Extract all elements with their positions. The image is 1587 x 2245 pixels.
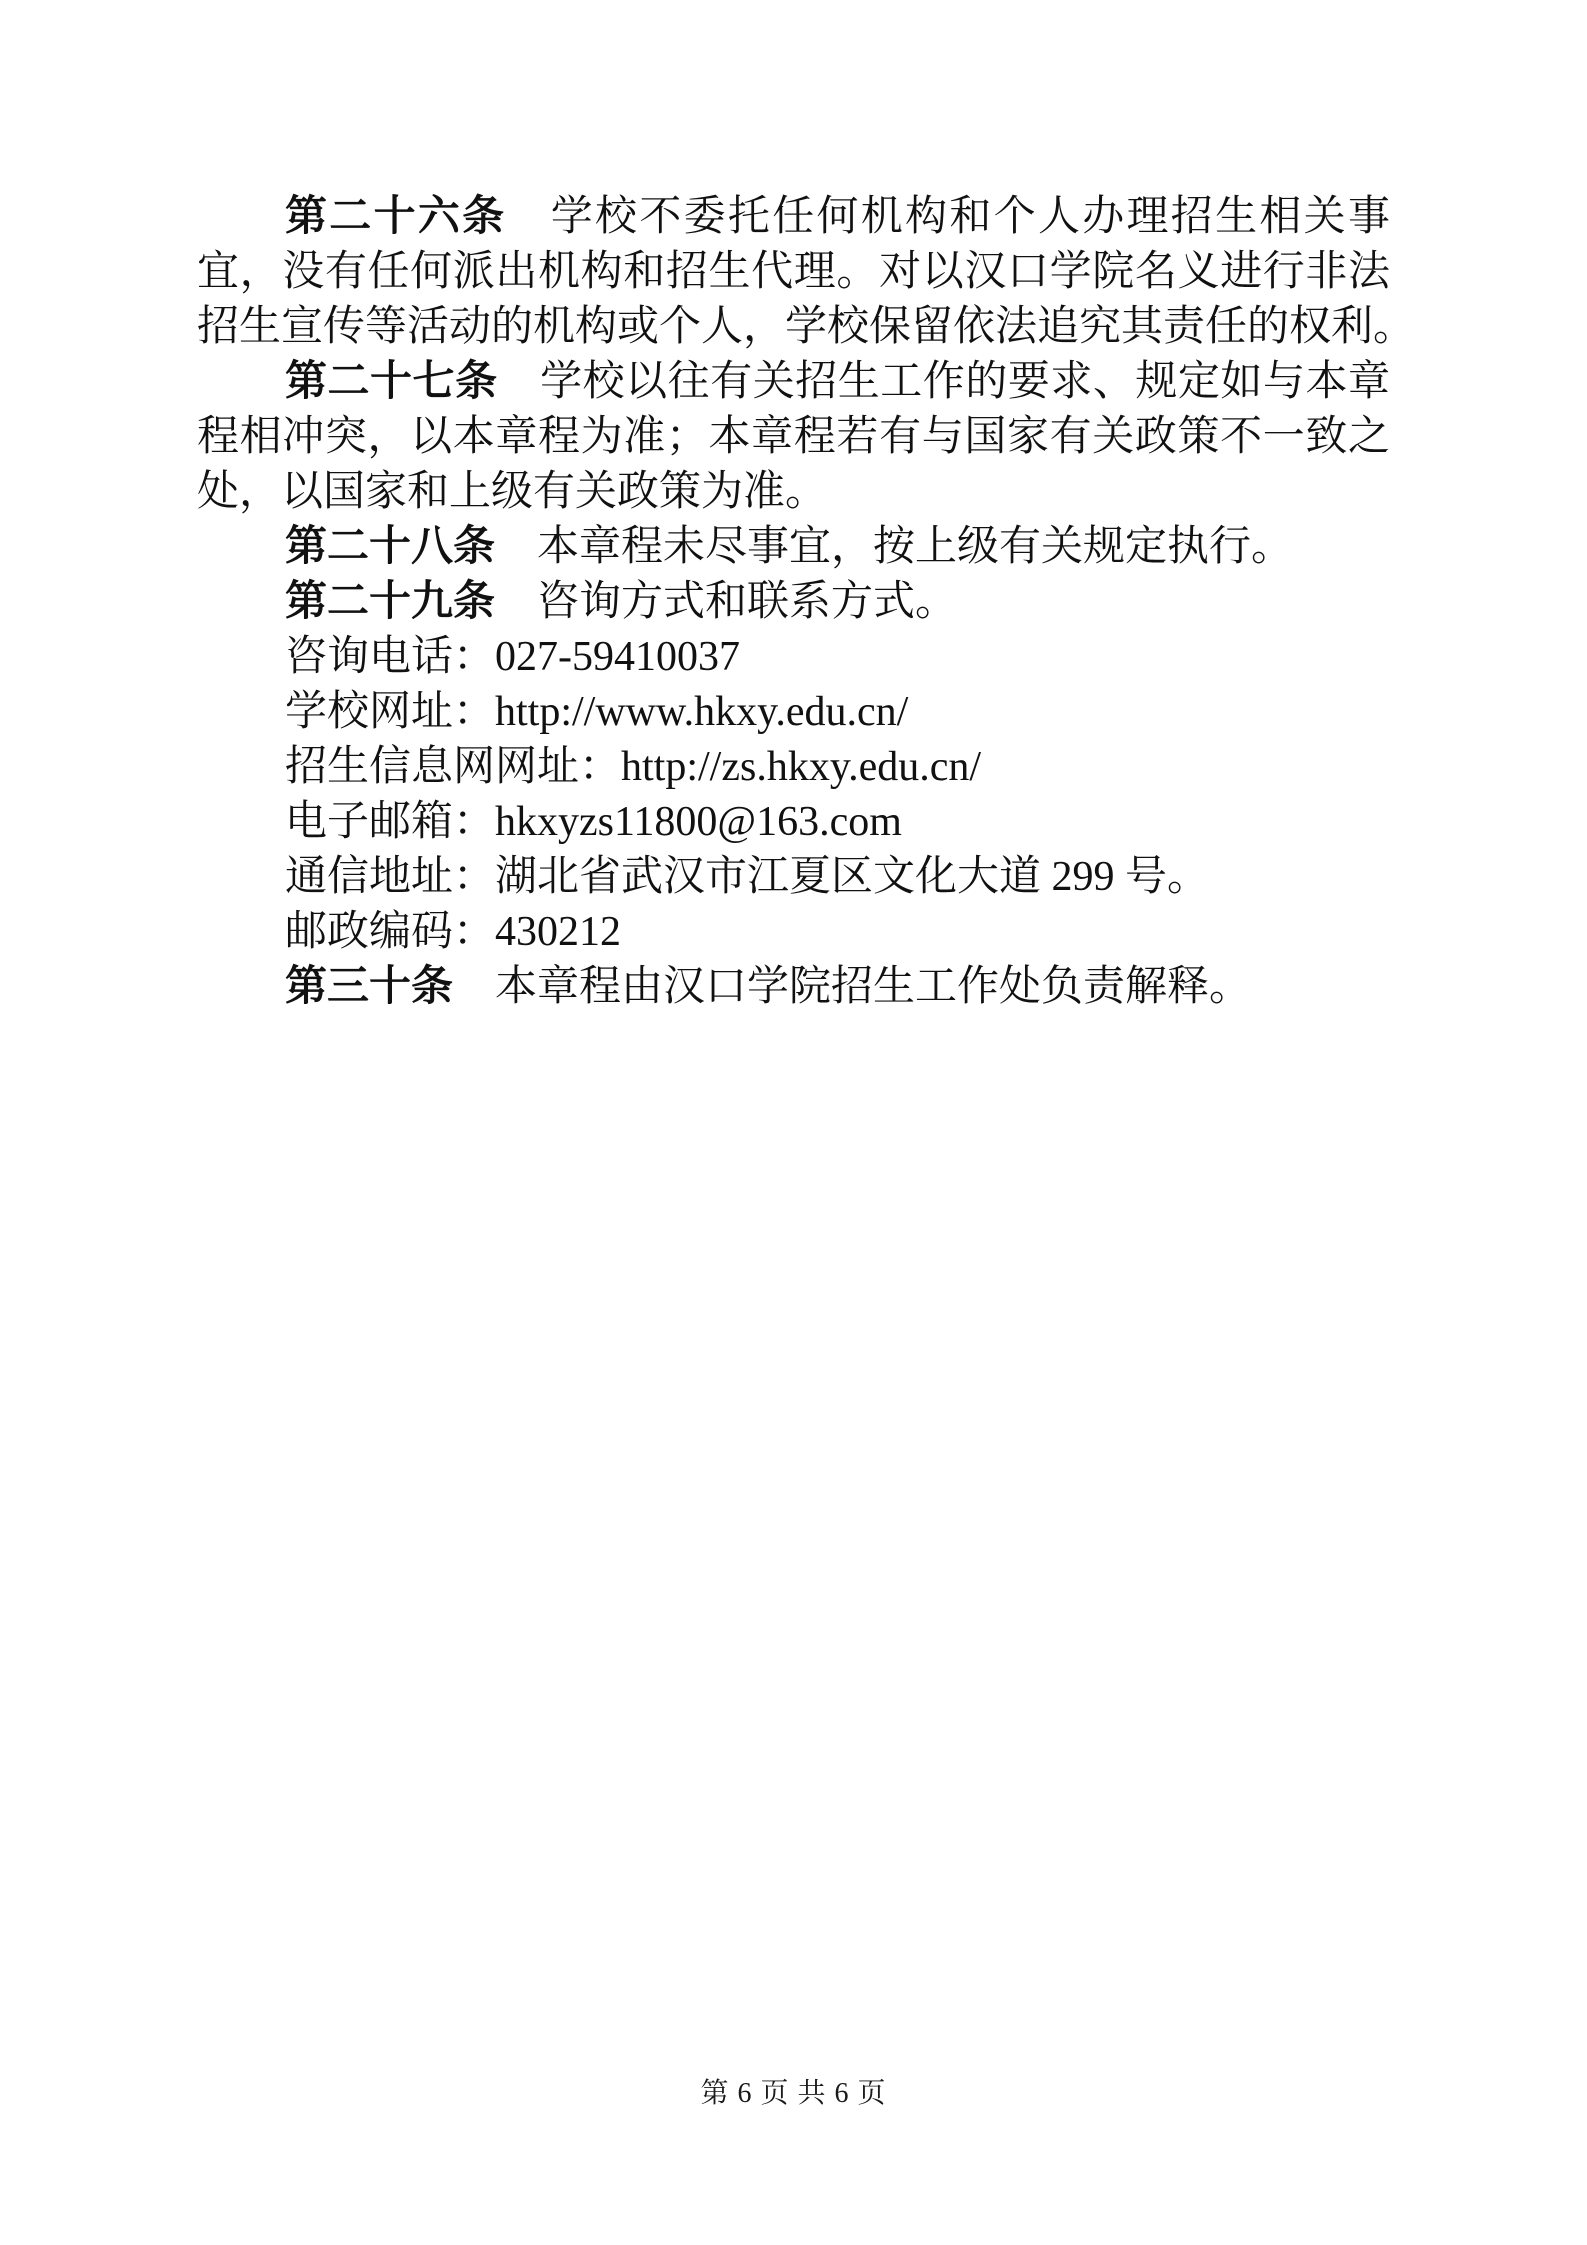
line-text: 程相冲突，以本章程为准；本章程若有与国家有关政策不一致之 [197,414,1390,460]
text-line: 宜，没有任何派出机构和招生代理。对以汉口学院名义进行非法 [197,245,1390,300]
text-line: 电子邮箱：hkxyzs11800@163.com [197,795,1390,850]
text-line: 招生信息网网址：http://zs.hkxy.edu.cn/ [197,740,1390,795]
page-footer: 第 6 页 共 6 页 [0,2078,1587,2110]
text-line: 第二十六条 学校不委托任何机构和个人办理招生相关事 [197,190,1390,245]
article-number: 第二十八条 [285,524,495,570]
article-number: 第二十六条 [285,194,506,240]
document-page: 第二十六条 学校不委托任何机构和个人办理招生相关事宜，没有任何派出机构和招生代理… [0,0,1587,2245]
text-line: 第二十七条 学校以往有关招生工作的要求、规定如与本章 [197,355,1390,410]
line-text: 咨询方式和联系方式。 [495,579,957,625]
article-number: 第二十九条 [285,579,495,625]
line-text: 通信地址：湖北省武汉市江夏区文化大道 299 号。 [285,854,1209,900]
line-text: 学校以往有关招生工作的要求、规定如与本章 [498,359,1390,405]
line-text: 电子邮箱：hkxyzs11800@163.com [285,799,902,845]
article-number: 第三十条 [285,964,453,1010]
document-body: 第二十六条 学校不委托任何机构和个人办理招生相关事宜，没有任何派出机构和招生代理… [197,190,1390,1015]
text-line: 第二十八条 本章程未尽事宜，按上级有关规定执行。 [197,520,1390,575]
line-text: 本章程未尽事宜，按上级有关规定执行。 [495,524,1293,570]
text-line: 招生宣传等活动的机构或个人，学校保留依法追究其责任的权利。 [197,300,1390,355]
line-text: 学校不委托任何机构和个人办理招生相关事 [506,194,1390,240]
line-text: 宜，没有任何派出机构和招生代理。对以汉口学院名义进行非法 [197,249,1390,295]
text-line: 程相冲突，以本章程为准；本章程若有与国家有关政策不一致之 [197,410,1390,465]
line-text: 招生宣传等活动的机构或个人，学校保留依法追究其责任的权利。 [197,304,1415,350]
text-line: 邮政编码：430212 [197,905,1390,960]
text-line: 第三十条 本章程由汉口学院招生工作处负责解释。 [197,960,1390,1015]
page-number: 第 6 页 共 6 页 [700,2078,886,2109]
text-line: 学校网址：http://www.hkxy.edu.cn/ [197,685,1390,740]
line-text: 咨询电话：027-59410037 [285,634,740,680]
line-text: 处，以国家和上级有关政策为准。 [197,469,827,515]
article-number: 第二十七条 [285,359,498,405]
text-line: 第二十九条 咨询方式和联系方式。 [197,575,1390,630]
text-line: 通信地址：湖北省武汉市江夏区文化大道 299 号。 [197,850,1390,905]
line-text: 学校网址：http://www.hkxy.edu.cn/ [285,689,908,735]
line-text: 本章程由汉口学院招生工作处负责解释。 [453,964,1251,1010]
text-line: 处，以国家和上级有关政策为准。 [197,465,1390,520]
line-text: 招生信息网网址：http://zs.hkxy.edu.cn/ [285,744,981,790]
line-text: 邮政编码：430212 [285,909,621,955]
text-line: 咨询电话：027-59410037 [197,630,1390,685]
